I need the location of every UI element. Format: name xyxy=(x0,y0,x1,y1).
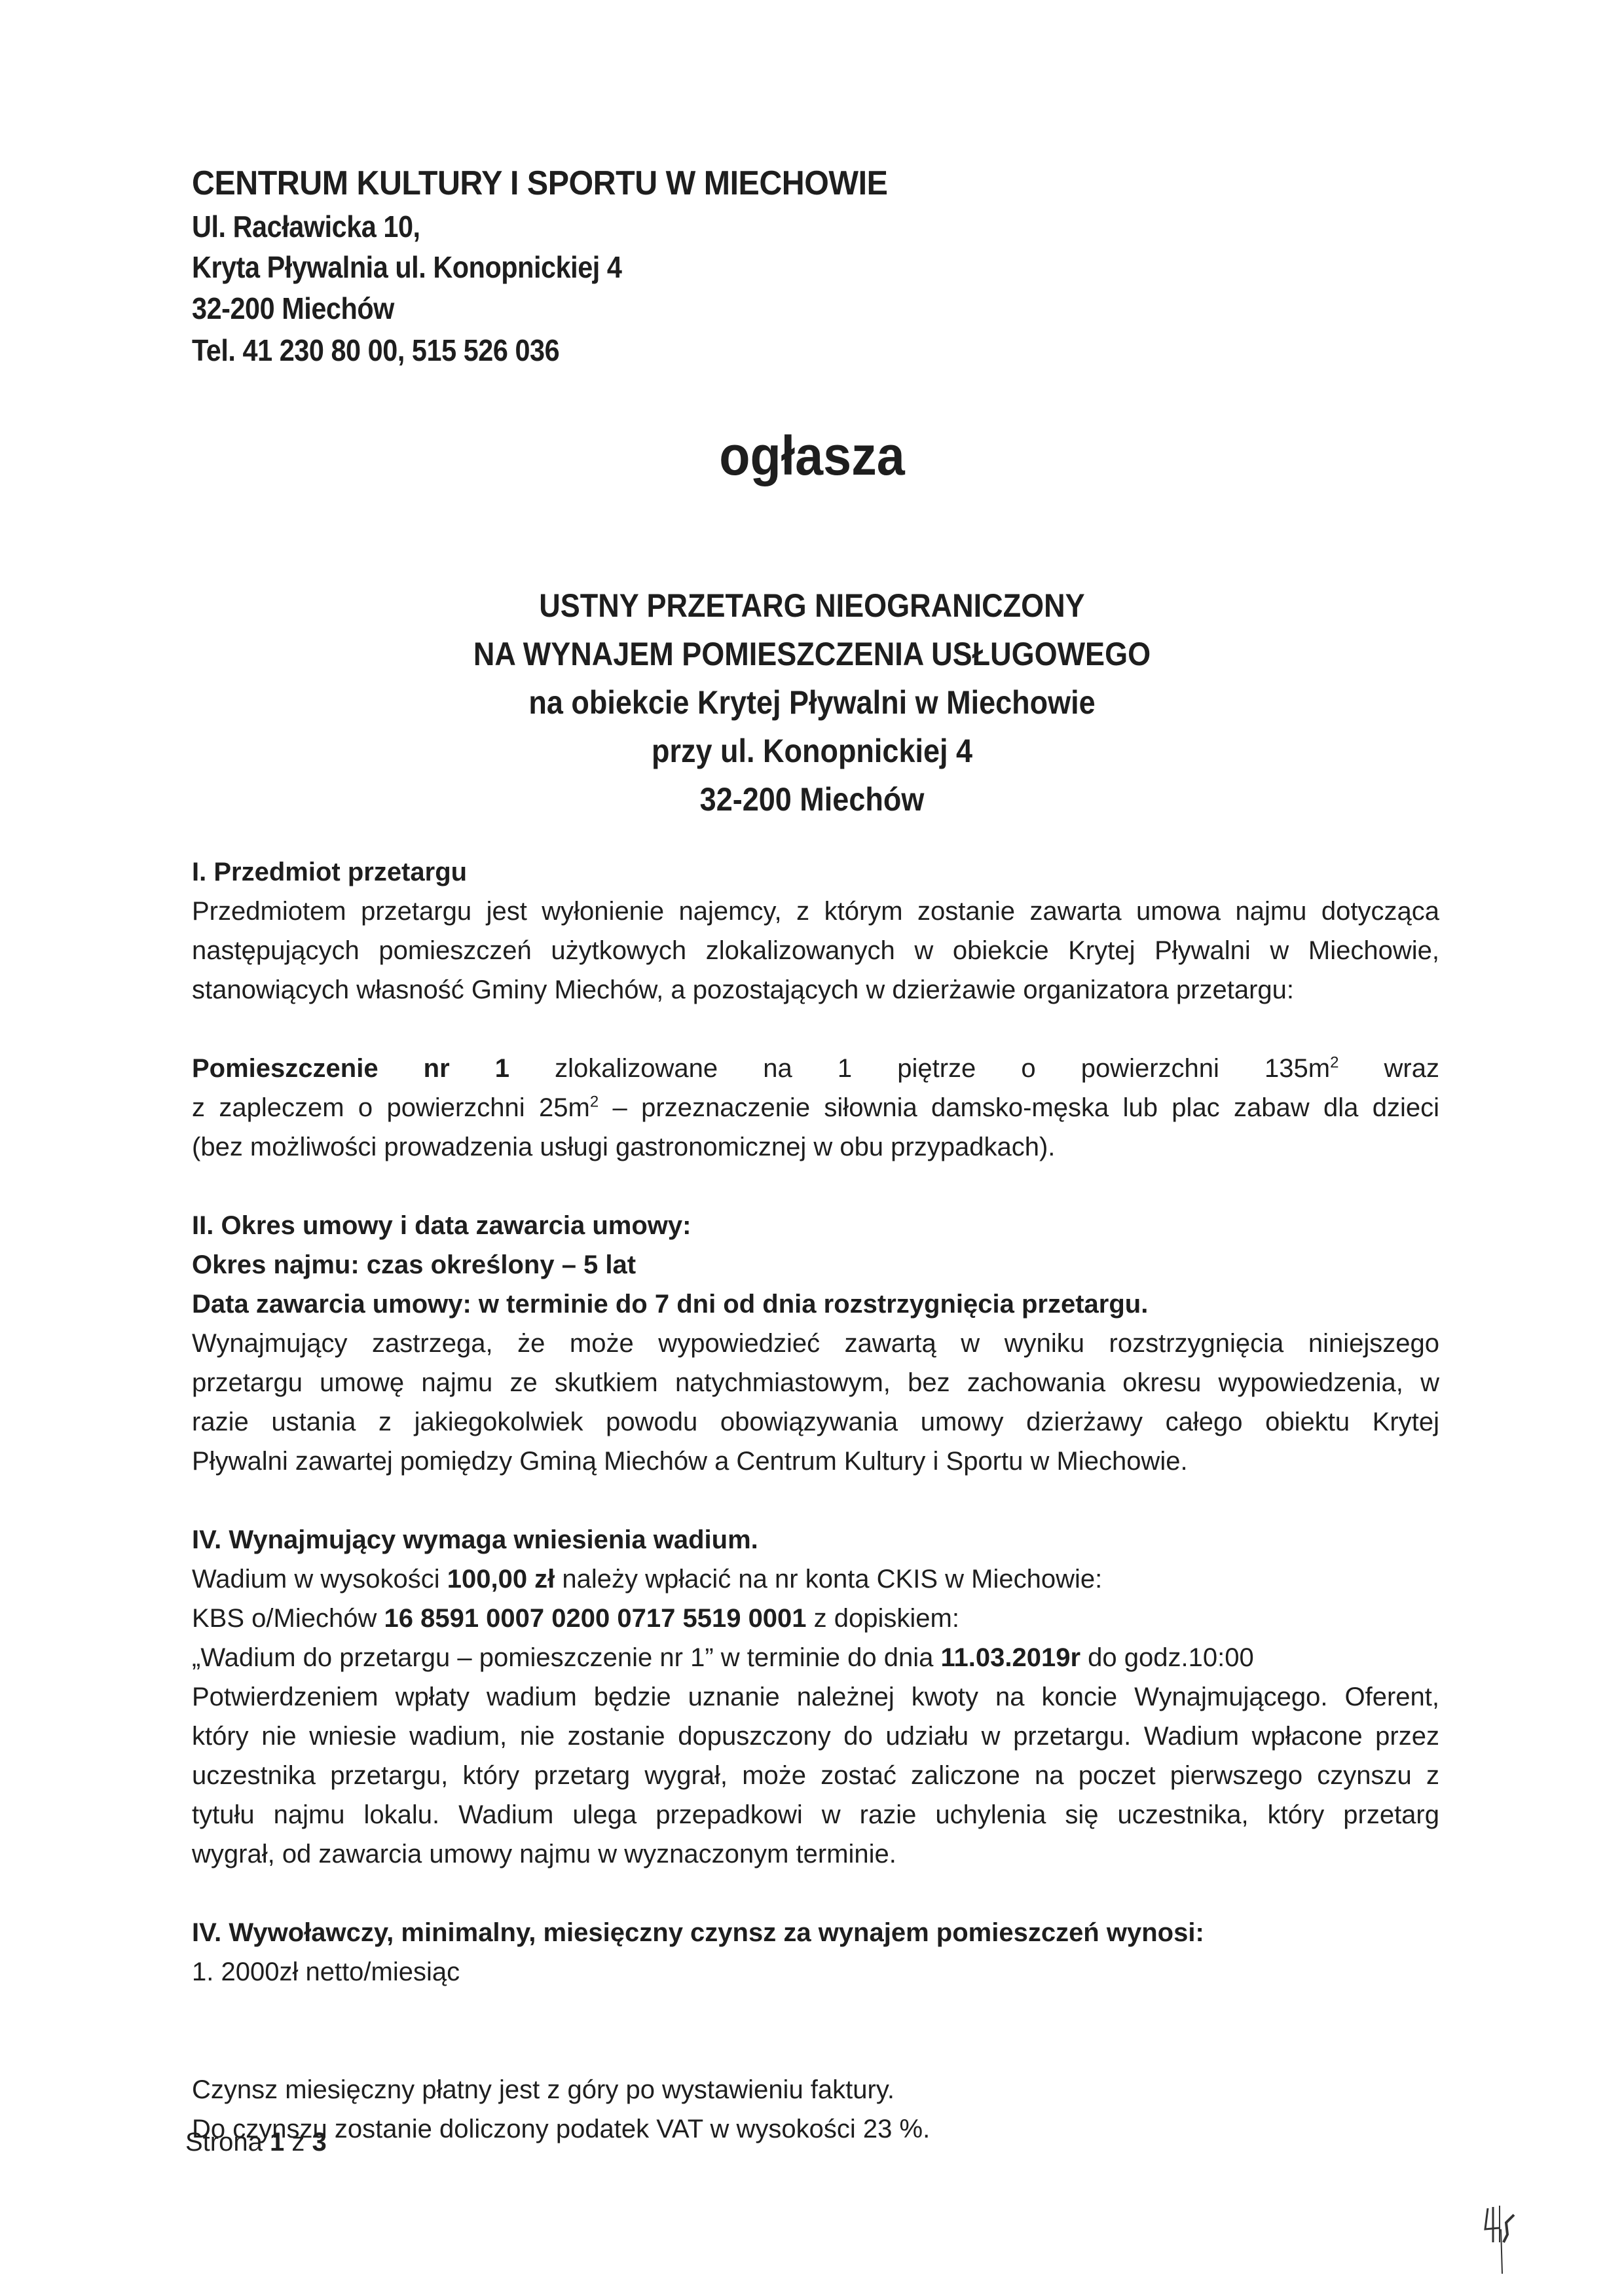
page-number: Strona 1 z 3 xyxy=(185,2128,327,2157)
paragraph-line: wygrał, od zawarcia umowy najmu w wyznac… xyxy=(192,1834,1439,1874)
paragraph-line: tytułu najmu lokalu. Wadium ulega przepa… xyxy=(192,1795,1439,1834)
document-page: CENTRUM KULTURY I SPORTU W MIECHOWIE Ul.… xyxy=(0,0,1624,2296)
tender-title-line: przy ul. Konopnickiej 4 xyxy=(81,727,1543,775)
room-text: – przeznaczenie siłownia damsko-męska lu… xyxy=(599,1093,1439,1122)
contract-date: Data zawarcia umowy: w terminie do 7 dni… xyxy=(192,1285,1439,1324)
paragraph-line: Potwierdzeniem wpłaty wadium będzie uzna… xyxy=(192,1677,1439,1717)
transfer-note: „Wadium do przetargu – pomieszczenie nr … xyxy=(192,1643,940,1672)
paragraph-line: stanowiących własność Gminy Miechów, a p… xyxy=(192,970,1439,1010)
paragraph-line: razie ustania z jakiegokolwiek powodu ob… xyxy=(192,1402,1439,1442)
deposit-text: Wadium w wysokości xyxy=(192,1565,447,1594)
announcement-word: ogłasza xyxy=(65,424,1559,488)
section-1-heading: I. Przedmiot przetargu xyxy=(192,852,1439,892)
superscript: 2 xyxy=(1330,1054,1338,1072)
page-current: 1 xyxy=(270,2128,284,2157)
payment-note: Czynsz miesięczny płatny jest z góry po … xyxy=(192,2070,1439,2109)
superscript: 2 xyxy=(590,1093,599,1111)
handwritten-initials-icon xyxy=(1480,2203,1519,2275)
room-text: zlokalizowane na 1 piętrze o powierzchni… xyxy=(509,1054,1330,1083)
vat-note: Do czynszu zostanie doliczony podatek VA… xyxy=(192,2109,1439,2149)
page-label: Strona xyxy=(185,2128,270,2157)
organization-name: CENTRUM KULTURY I SPORTU W MIECHOWIE xyxy=(192,164,887,203)
address-line-street: Ul. Racławicka 10, xyxy=(192,207,420,246)
paragraph-line: Wynajmujący zastrzega, że może wypowiedz… xyxy=(192,1324,1439,1363)
address-line-pool: Kryta Pływalnia ul. Konopnickiej 4 xyxy=(192,247,621,287)
room-text: z zapleczem o powierzchni 25m xyxy=(192,1093,590,1122)
address-line-phone: Tel. 41 230 80 00, 515 526 036 xyxy=(192,331,559,370)
tender-title-line: 32-200 Miechów xyxy=(81,775,1543,824)
deposit-text: należy wpłacić na nr konta CKIS w Miecho… xyxy=(555,1565,1102,1594)
paragraph-line: następujących pomieszczeń użytkowych zlo… xyxy=(192,931,1439,970)
rent-heading: IV. Wywoławczy, minimalny, miesięczny cz… xyxy=(192,1913,1439,1952)
tender-title-line: USTNY PRZETARG NIEOGRANICZONY xyxy=(81,581,1543,630)
room-description-line: (bez możliwości prowadzenia usługi gastr… xyxy=(192,1127,1439,1167)
bank-account-line: KBS o/Miechów 16 8591 0007 0200 0717 551… xyxy=(192,1599,1439,1638)
account-number: 16 8591 0007 0200 0717 5519 0001 xyxy=(384,1604,806,1633)
bank-text: z dopiskiem: xyxy=(807,1604,959,1633)
paragraph-line: Przedmiotem przetargu jest wyłonienie na… xyxy=(192,892,1439,931)
section-2-heading: II. Okres umowy i data zawarcia umowy: xyxy=(192,1206,1439,1245)
room-text: wraz xyxy=(1338,1054,1439,1083)
paragraph-line: przetargu umowę najmu ze skutkiem natych… xyxy=(192,1363,1439,1402)
tender-title-line: NA WYNAJEM POMIESZCZENIA USŁUGOWEGO xyxy=(81,630,1543,678)
deposit-heading: IV. Wynajmujący wymaga wniesienia wadium… xyxy=(192,1520,1439,1559)
deadline-date: 11.03.2019r xyxy=(940,1643,1080,1672)
deposit-amount: 100,00 zł xyxy=(447,1565,555,1594)
paragraph-line: który nie wniesie wadium, nie zostanie d… xyxy=(192,1717,1439,1756)
room-label: Pomieszczenie nr 1 xyxy=(192,1054,509,1083)
room-description-line: z zapleczem o powierzchni 25m2 – przezna… xyxy=(192,1088,1439,1127)
paragraph-line: Pływalni zawartej pomiędzy Gminą Miechów… xyxy=(192,1442,1439,1481)
address-line-city: 32-200 Miechów xyxy=(192,289,394,328)
tender-title-line: na obiekcie Krytej Pływalni w Miechowie xyxy=(81,678,1543,727)
rent-item: 1. 2000zł netto/miesiąc xyxy=(192,1952,1439,1992)
lease-term: Okres najmu: czas określony – 5 lat xyxy=(192,1245,1439,1285)
deadline-time: do godz.10:00 xyxy=(1080,1643,1254,1672)
transfer-note-line: „Wadium do przetargu – pomieszczenie nr … xyxy=(192,1638,1439,1677)
page-total: 3 xyxy=(312,2128,326,2157)
deposit-amount-line: Wadium w wysokości 100,00 zł należy wpła… xyxy=(192,1559,1439,1599)
paragraph-line: uczestnika przetargu, który przetarg wyg… xyxy=(192,1756,1439,1795)
page-separator: z xyxy=(284,2128,312,2157)
room-description-line: Pomieszczenie nr 1 zlokalizowane na 1 pi… xyxy=(192,1049,1439,1088)
tender-title: USTNY PRZETARG NIEOGRANICZONY NA WYNAJEM… xyxy=(0,581,1624,824)
document-body: I. Przedmiot przetargu Przedmiotem przet… xyxy=(192,852,1439,2149)
bank-name: KBS o/Miechów xyxy=(192,1604,384,1633)
